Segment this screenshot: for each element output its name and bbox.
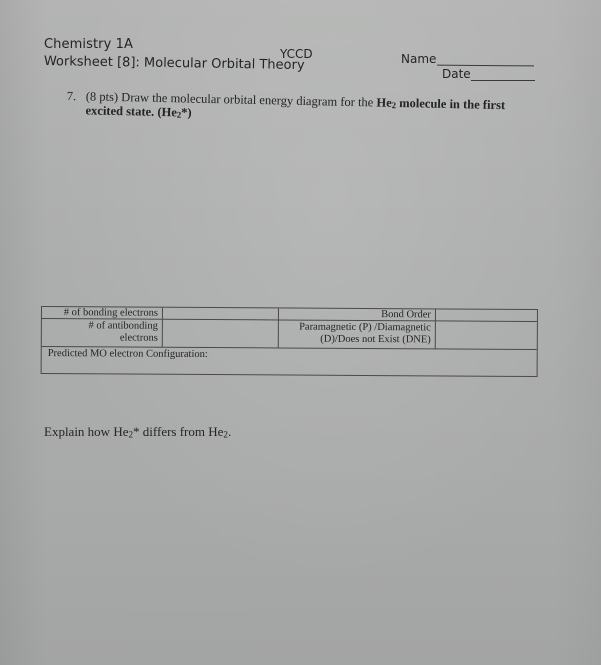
mo-configuration-label: Predicted MO electron Configuration: [48,348,208,360]
magnetic-property-input[interactable] [436,321,537,350]
magnetic-property-label: Paramagnetic (P) /Diamagnetic (D)/Does n… [279,320,436,349]
bonding-electrons-label: # of bonding electrons [42,307,163,320]
bonding-electrons-input[interactable] [163,308,279,321]
worksheet-title: Worksheet [8]: Molecular Orbital Theory [44,54,305,73]
excited-state-label: (He2*) [154,105,192,120]
mo-configuration-field[interactable]: Predicted MO electron Configuration: [42,347,537,376]
answer-table: # of bonding electrons Bond Order # of a… [41,306,538,377]
bond-order-label: Bond Order [279,308,436,321]
explain-prompt: Explain how He2* differs from He2. [44,424,231,440]
bond-order-input[interactable] [436,309,537,322]
question-points: (8 pts) [86,89,119,104]
question-number: 7. [67,89,77,103]
question-7: 7. (8 pts) Draw the molecular orbital en… [66,89,536,127]
course-title: Chemistry 1A [44,37,133,52]
school-name: YCCD [280,47,313,61]
date-field[interactable] [471,80,535,81]
date-label: Date [442,67,471,81]
antibonding-electrons-input[interactable] [163,320,279,349]
antibonding-electrons-label: # of antibonding electrons [42,319,163,348]
worksheet-page: Chemistry 1A Worksheet [8]: Molecular Or… [0,0,601,665]
name-label: Name [401,52,436,66]
